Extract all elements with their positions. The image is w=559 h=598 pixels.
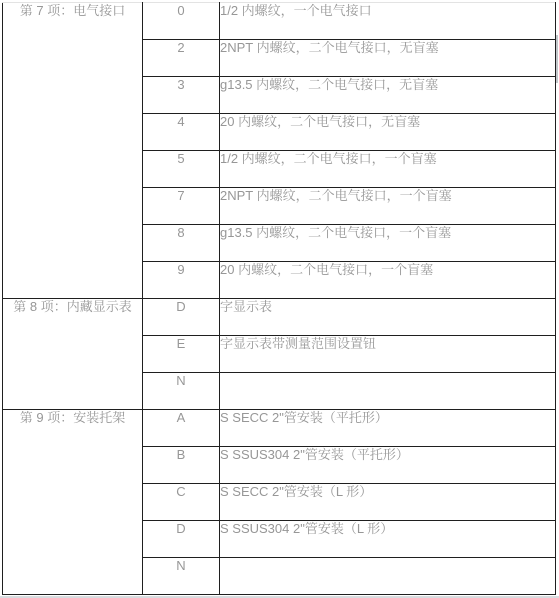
desc-cell: 2NPT 内螺纹，二个电气接口，一个盲塞 [220, 188, 556, 225]
table-row: 第 9 项：安装托架 A S SECC 2"管安装（平托形） [3, 410, 556, 447]
code-cell: 5 [143, 151, 220, 188]
code-cell: C [143, 484, 220, 521]
code-cell: 9 [143, 262, 220, 299]
code-cell: 2 [143, 40, 220, 77]
item-9-label: 第 9 项：安装托架 [3, 410, 143, 595]
desc-cell: 字显示表带测量范围设置钮 [220, 336, 556, 373]
desc-cell: S SSUS304 2"管安装（L 形） [220, 521, 556, 558]
code-cell: 3 [143, 77, 220, 114]
code-cell: A [143, 410, 220, 447]
scrollbar-thumb[interactable] [556, 35, 558, 83]
desc-cell: 20 内螺纹，二个电气接口，一个盲塞 [220, 262, 556, 299]
desc-cell: 1/2 内螺纹，一个电气接口 [220, 3, 556, 40]
table-row: 第 7 项：电气接口 0 1/2 内螺纹，一个电气接口 [3, 3, 556, 40]
code-cell: D [143, 299, 220, 336]
desc-cell: g13.5 内螺纹，二个电气接口，无盲塞 [220, 77, 556, 114]
desc-cell: 2NPT 内螺纹，二个电气接口，无盲塞 [220, 40, 556, 77]
code-cell: N [143, 558, 220, 595]
desc-cell: g13.5 内螺纹，二个电气接口，一个盲塞 [220, 225, 556, 262]
code-cell: 0 [143, 3, 220, 40]
table-row: 第 8 项：内藏显示表 D 字显示表 [3, 299, 556, 336]
item-8-label: 第 8 项：内藏显示表 [3, 299, 143, 410]
desc-cell: 字显示表 [220, 299, 556, 336]
code-cell: N [143, 373, 220, 410]
code-cell: 8 [143, 225, 220, 262]
desc-cell: S SSUS304 2"管安装（平托形） [220, 447, 556, 484]
spec-table: 第 7 项：电气接口 0 1/2 内螺纹，一个电气接口 2 2NPT 内螺纹，二… [2, 2, 556, 595]
code-cell: D [143, 521, 220, 558]
desc-cell: S SECC 2"管安装（L 形） [220, 484, 556, 521]
code-cell: 7 [143, 188, 220, 225]
page: 第 7 项：电气接口 0 1/2 内螺纹，一个电气接口 2 2NPT 内螺纹，二… [0, 0, 559, 598]
code-cell: E [143, 336, 220, 373]
desc-cell [220, 373, 556, 410]
item-7-label: 第 7 项：电气接口 [3, 3, 143, 299]
desc-cell: 1/2 内螺纹，二个电气接口，一个盲塞 [220, 151, 556, 188]
desc-cell [220, 558, 556, 595]
desc-cell: 20 内螺纹，二个电气接口，无盲塞 [220, 114, 556, 151]
code-cell: B [143, 447, 220, 484]
code-cell: 4 [143, 114, 220, 151]
desc-cell: S SECC 2"管安装（平托形） [220, 410, 556, 447]
